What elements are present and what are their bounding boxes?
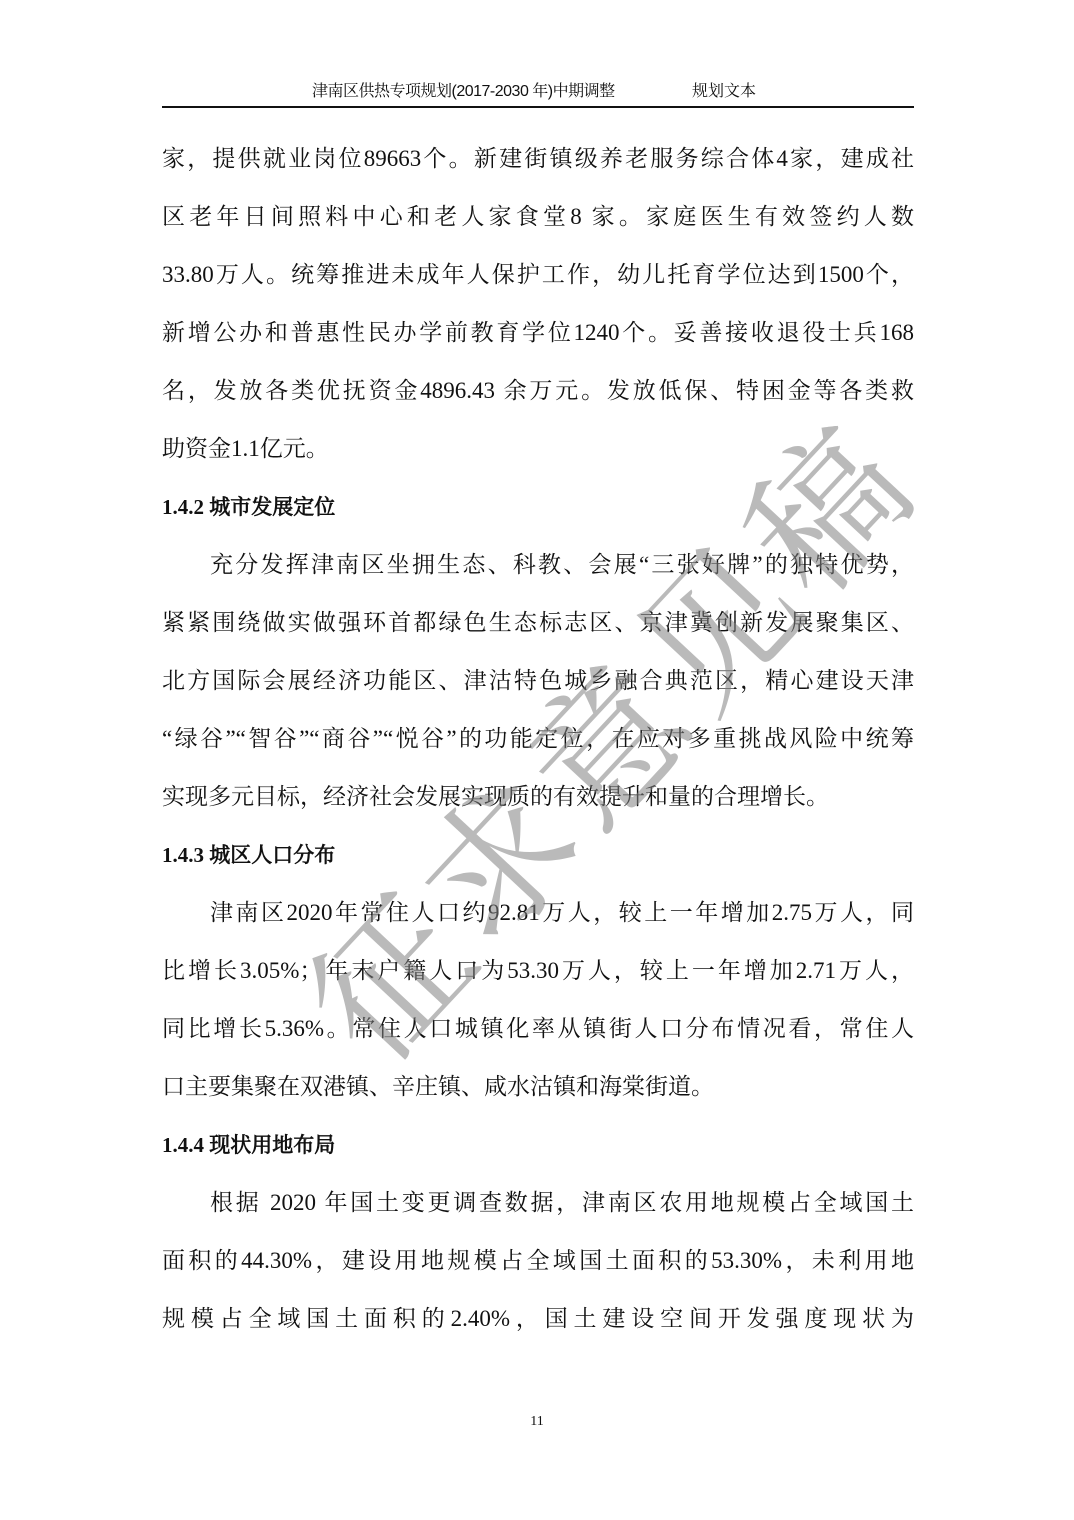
- section-heading-1-4-2: 1.4.2 城市发展定位: [162, 486, 914, 544]
- text-line: 家，提供就业岗位89663个。新建街镇级养老服务综合体4家，建成社: [162, 138, 914, 196]
- text-line: 充分发挥津南区坐拥生态、科教、会展“三张好牌”的独特优势，: [162, 544, 914, 602]
- section-heading-1-4-3: 1.4.3 城区人口分布: [162, 834, 914, 892]
- text-line: 新增公办和普惠性民办学前教育学位1240个。妥善接收退役士兵168: [162, 312, 914, 370]
- text-line: 紧紧围绕做实做强环首都绿色生态标志区、京津冀创新发展聚集区、: [162, 602, 914, 660]
- text-line: 实现多元目标，经济社会发展实现质的有效提升和量的合理增长。: [162, 776, 914, 834]
- document-body: 家，提供就业岗位89663个。新建街镇级养老服务综合体4家，建成社 区老年日间照…: [162, 138, 914, 1356]
- text-line: “绿谷”“智谷”“商谷”“悦谷”的功能定位，在应对多重挑战风险中统筹: [162, 718, 914, 776]
- page-header: 津南区供热专项规划(2017-2030 年)中期调整 规划文本: [162, 78, 914, 108]
- text-line: 口主要集聚在双港镇、辛庄镇、咸水沽镇和海棠街道。: [162, 1066, 914, 1124]
- text-line: 津南区2020年常住人口约92.81万人，较上一年增加2.75万人，同: [162, 892, 914, 950]
- section-heading-1-4-4: 1.4.4 现状用地布局: [162, 1124, 914, 1182]
- text-line: 北方国际会展经济功能区、津沽特色城乡融合典范区，精心建设天津: [162, 660, 914, 718]
- document-subtitle: 规划文本: [692, 78, 756, 101]
- text-line: 面积的44.30%，建设用地规模占全域国土面积的53.30%，未利用地: [162, 1240, 914, 1298]
- text-line: 规模占全域国土面积的2.40%，国土建设空间开发强度现状为: [162, 1298, 914, 1356]
- paragraph-population: 津南区2020年常住人口约92.81万人，较上一年增加2.75万人，同 比增长3…: [162, 892, 914, 1124]
- text-line: 33.80万人。统筹推进未成年人保护工作，幼儿托育学位达到1500个，: [162, 254, 914, 312]
- document-title: 津南区供热专项规划(2017-2030 年)中期调整: [312, 78, 615, 101]
- page-number: 11: [0, 1414, 1074, 1430]
- text-line: 名，发放各类优抚资金4896.43 余万元。发放低保、特困金等各类救: [162, 370, 914, 428]
- text-line: 助资金1.1亿元。: [162, 428, 914, 486]
- text-line: 区老年日间照料中心和老人家食堂8 家。家庭医生有效签约人数: [162, 196, 914, 254]
- paragraph-city-positioning: 充分发挥津南区坐拥生态、科教、会展“三张好牌”的独特优势， 紧紧围绕做实做强环首…: [162, 544, 914, 834]
- text-line: 根据 2020 年国土变更调查数据，津南区农用地规模占全域国土: [162, 1182, 914, 1240]
- text-line: 比增长3.05%；年末户籍人口为53.30万人，较上一年增加2.71万人，: [162, 950, 914, 1008]
- paragraph-intro: 家，提供就业岗位89663个。新建街镇级养老服务综合体4家，建成社 区老年日间照…: [162, 138, 914, 486]
- paragraph-land-use: 根据 2020 年国土变更调查数据，津南区农用地规模占全域国土 面积的44.30…: [162, 1182, 914, 1356]
- text-line: 同比增长5.36%。常住人口城镇化率从镇街人口分布情况看，常住人: [162, 1008, 914, 1066]
